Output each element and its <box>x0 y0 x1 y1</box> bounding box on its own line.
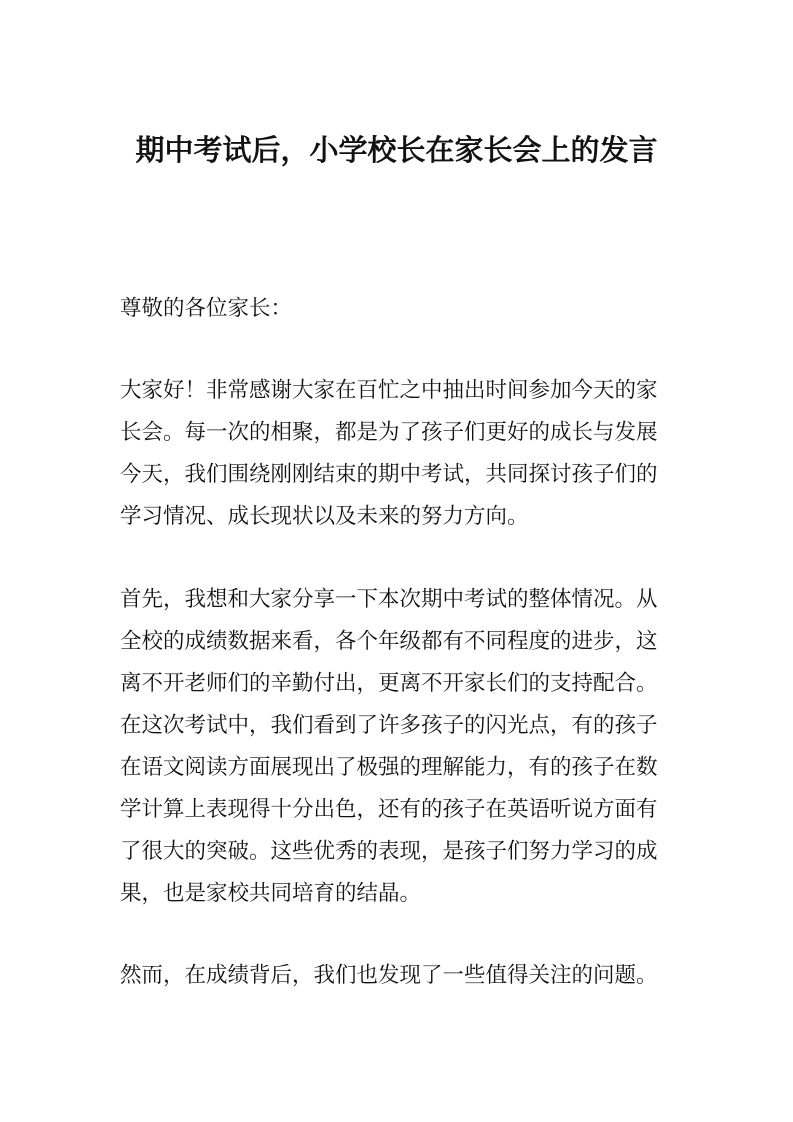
paragraph-line: 学习情况、成长现状以及未来的努力方向。 <box>120 502 529 532</box>
paragraph-line: 全校的成绩数据来看，各个年级都有不同程度的进步，这 <box>120 627 658 657</box>
paragraph-line: 离不开老师们的辛勤付出，更离不开家长们的支持配合。 <box>120 669 658 699</box>
paragraph-line: 果，也是家校共同培育的结晶。 <box>120 879 421 909</box>
paragraph-line: 了很大的突破。这些优秀的表现，是孩子们努力学习的成 <box>120 837 658 867</box>
paragraph-line: 今天，我们围绕刚刚结束的期中考试，共同探讨孩子们的 <box>120 460 658 490</box>
paragraph-line: 学计算上表现得十分出色，还有的孩子在英语听说方面有 <box>120 795 658 825</box>
paragraph-line: 长会。每一次的相聚，都是为了孩子们更好的成长与发展 <box>120 418 658 448</box>
paragraph-line: 在这次考试中，我们看到了许多孩子的闪光点，有的孩子 <box>120 711 658 741</box>
paragraph-line: 大家好！非常感谢大家在百忙之中抽出时间参加今天的家 <box>120 376 658 406</box>
paragraph-line: 然而，在成绩背后，我们也发现了一些值得关注的问题。 <box>120 961 658 991</box>
paragraph-line: 在语文阅读方面展现出了极强的理解能力，有的孩子在数 <box>120 753 658 783</box>
document-title: 期中考试后，小学校长在家长会上的发言 <box>0 128 793 172</box>
salutation: 尊敬的各位家长： <box>120 294 292 324</box>
paragraph-line: 首先，我想和大家分享一下本次期中考试的整体情况。从 <box>120 585 658 615</box>
